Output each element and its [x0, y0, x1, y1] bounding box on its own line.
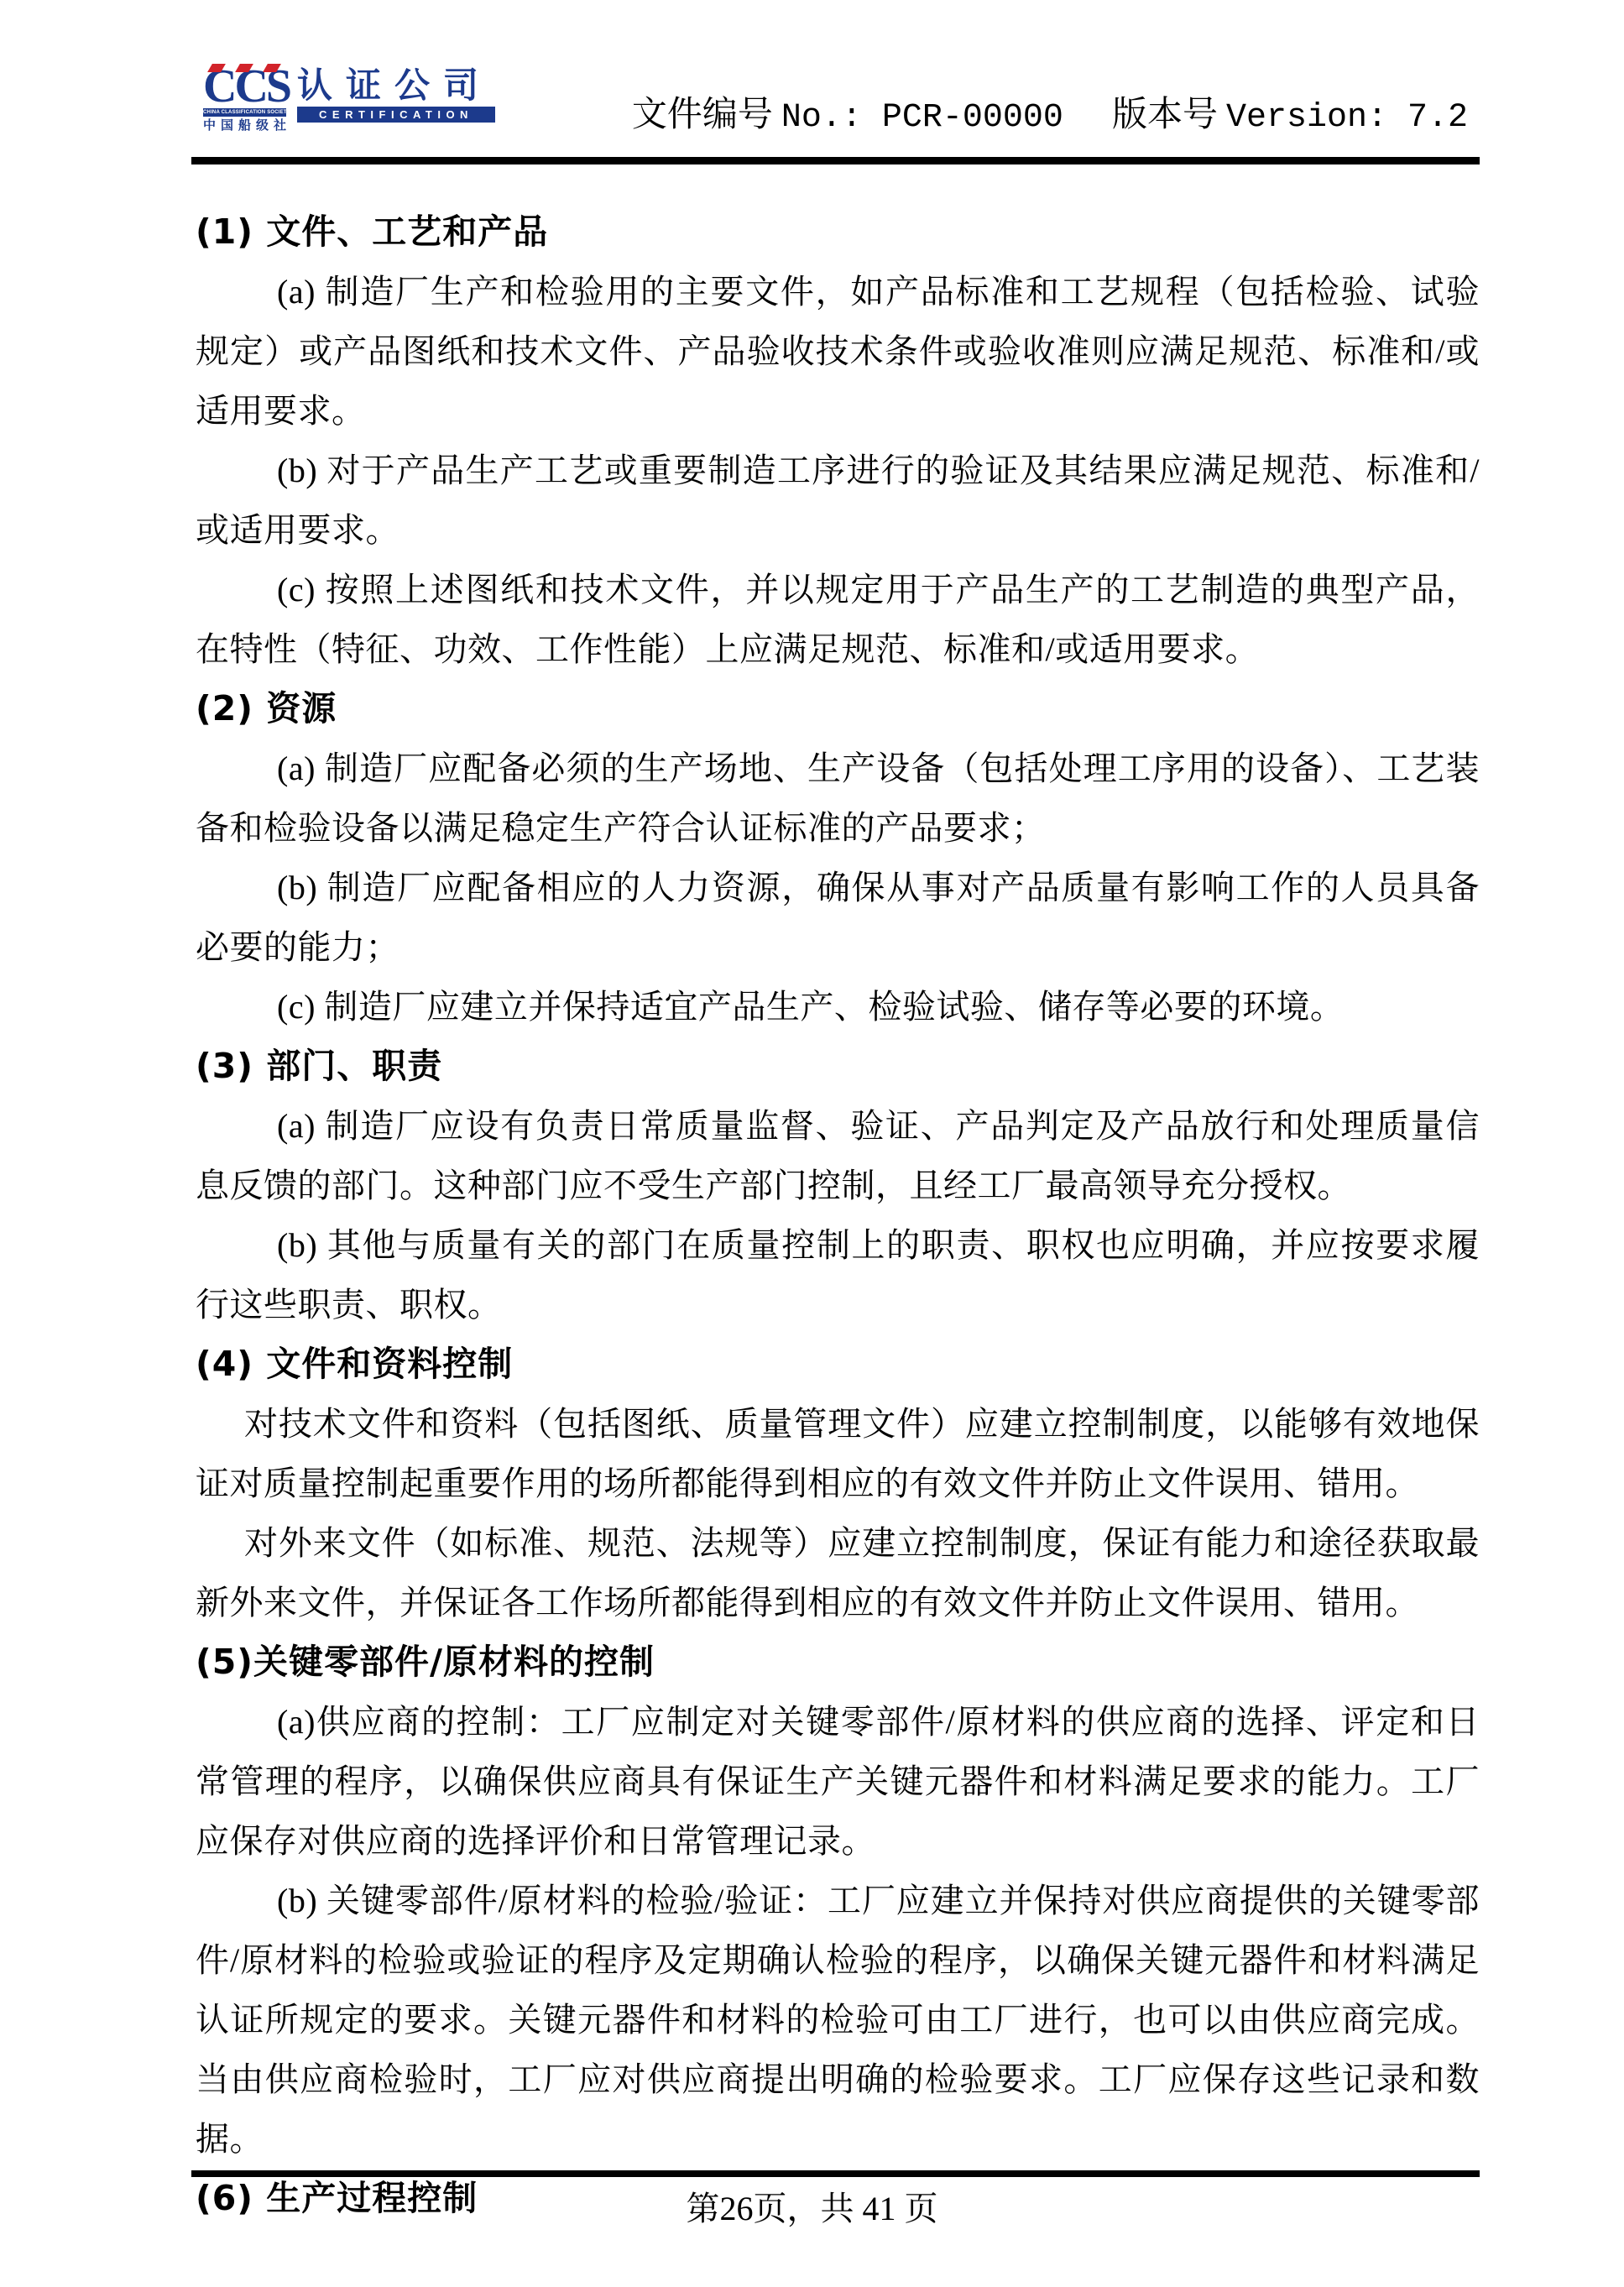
paragraph: (a) 制造厂生产和检验用的主要文件，如产品标准和工艺规程（包括检验、试验规定）… [196, 262, 1480, 441]
document-body: (1) 文件、工艺和产品(a) 制造厂生产和检验用的主要文件，如产品标准和工艺规… [196, 202, 1480, 2228]
paragraph: (a) 制造厂应配备必须的生产场地、生产设备（包括处理工序用的设备）、工艺装备和… [196, 739, 1480, 858]
doc-number-value: No.: PCR-00000 [781, 99, 1063, 137]
page-footer: 第26页，共 41 页 [0, 2190, 1624, 2227]
document-page: CCS CHINA CLASSIFICATION SOCIETY 中国船级社 认… [0, 0, 1624, 2287]
paragraph: (c) 制造厂应建立并保持适宜产品生产、检验试验、储存等必要的环境。 [196, 977, 1480, 1036]
ccs-logo-left: CCS CHINA CLASSIFICATION SOCIETY 中国船级社 [203, 67, 286, 132]
paragraph: (c) 按照上述图纸和技术文件，并以规定用于产品生产的工艺制造的典型产品，在特性… [196, 560, 1480, 679]
section-heading: (3) 部门、职责 [196, 1036, 1480, 1096]
ccs-wordmark: CCS [203, 67, 286, 106]
paragraph: (a) 制造厂应设有负责日常质量监督、验证、产品判定及产品放行和处理质量信息反馈… [196, 1096, 1480, 1215]
society-name-cn: 中国船级社 [203, 118, 286, 132]
certification-bar-en: CERTIFICATION [297, 107, 495, 123]
ccs-logo: CCS CHINA CLASSIFICATION SOCIETY 中国船级社 认… [203, 67, 495, 132]
section-heading: (4) 文件和资料控制 [196, 1334, 1480, 1394]
section: (2) 资源(a) 制造厂应配备必须的生产场地、生产设备（包括处理工序用的设备）… [196, 679, 1480, 1036]
section: (1) 文件、工艺和产品(a) 制造厂生产和检验用的主要文件，如产品标准和工艺规… [196, 202, 1480, 679]
ccs-logo-right: 认证公司 CERTIFICATION [297, 67, 495, 132]
section: (5)关键零部件/原材料的控制(a)供应商的控制：工厂应制定对关键零部件/原材料… [196, 1632, 1480, 2169]
doc-number-label: 文件编号 [632, 96, 773, 134]
paragraph: (b) 制造厂应配备相应的人力资源，确保从事对产品质量有影响工作的人员具备必要的… [196, 858, 1480, 977]
document-meta: 文件编号No.: PCR-00000版本号Version: 7.2 [632, 94, 1468, 139]
paragraph: (a)供应商的控制：工厂应制定对关键零部件/原材料的供应商的选择、评定和日常管理… [196, 1692, 1480, 1871]
section-heading: (1) 文件、工艺和产品 [196, 202, 1480, 262]
version-value: Version: 7.2 [1226, 99, 1468, 137]
paragraph: (b) 对于产品生产工艺或重要制造工序进行的验证及其结果应满足规范、标准和/或适… [196, 441, 1480, 560]
paragraph: (b) 其他与质量有关的部门在质量控制上的职责、职权也应明确，并应按要求履行这些… [196, 1215, 1480, 1334]
version-label: 版本号 [1112, 96, 1218, 134]
header-divider [191, 157, 1480, 164]
footer-divider [191, 2170, 1480, 2177]
section: (4) 文件和资料控制对技术文件和资料（包括图纸、质量管理文件）应建立控制制度，… [196, 1334, 1480, 1632]
section: (3) 部门、职责(a) 制造厂应设有负责日常质量监督、验证、产品判定及产品放行… [196, 1036, 1480, 1334]
paragraph: 对技术文件和资料（包括图纸、质量管理文件）应建立控制制度，以能够有效地保证对质量… [196, 1394, 1480, 1513]
section-heading: (2) 资源 [196, 679, 1480, 739]
section-heading: (5)关键零部件/原材料的控制 [196, 1632, 1480, 1692]
certification-company-cn: 认证公司 [297, 67, 495, 104]
paragraph: 对外来文件（如标准、规范、法规等）应建立控制制度，保证有能力和途径获取最新外来文… [196, 1513, 1480, 1632]
page-number: 第26页，共 41 页 [687, 2190, 938, 2227]
paragraph: (b) 关键零部件/原材料的检验/验证：工厂应建立并保持对供应商提供的关键零部件… [196, 1871, 1480, 2169]
